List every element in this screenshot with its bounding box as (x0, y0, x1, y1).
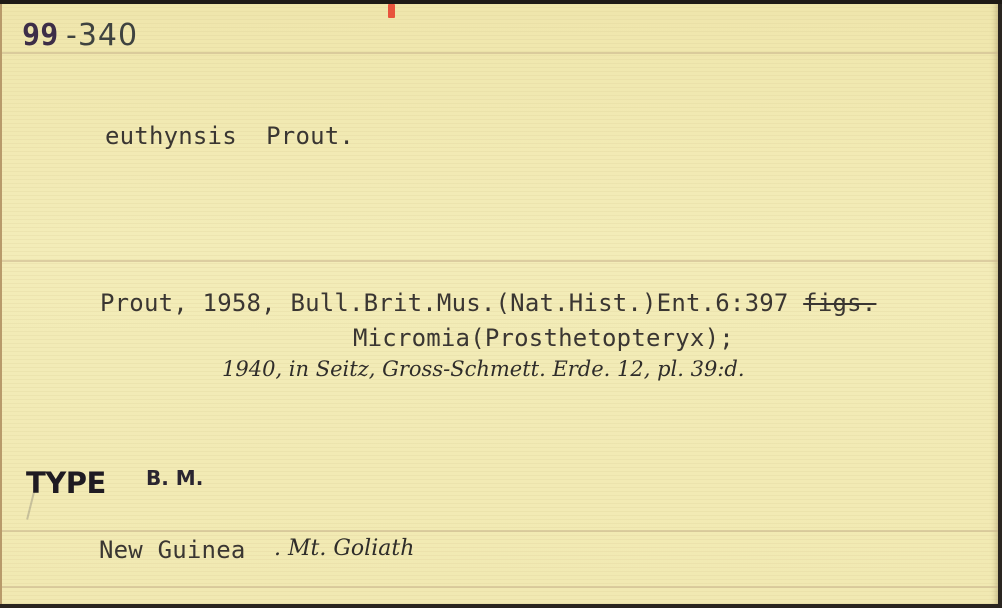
handwritten-locality-detail: . Mt. Goliath (274, 536, 414, 561)
handwritten-reference: 1940, in Seitz, Gross-Schmett. Erde. 12,… (222, 357, 745, 381)
card-rule-line (2, 52, 998, 54)
index-card: 99 -340 euthynsis Prout. Prout, 1958, Bu… (0, 4, 998, 604)
card-rule-line (2, 530, 998, 532)
species-name: euthynsis Prout. (105, 122, 354, 150)
citation-text: Prout, 1958, Bull.Brit.Mus.(Nat.Hist.)En… (100, 289, 789, 317)
citation-line: Prout, 1958, Bull.Brit.Mus.(Nat.Hist.)En… (100, 289, 876, 317)
type-depository-stamp: B. M. (146, 466, 203, 490)
catalog-number-prefix: 99 (22, 18, 59, 53)
type-stamp: TYPE (26, 466, 106, 500)
locality: New Guinea (99, 536, 246, 564)
red-tab-marker (388, 4, 395, 18)
card-rule-line (2, 586, 998, 588)
card-rule-line (2, 260, 998, 262)
catalog-number-suffix: -340 (66, 18, 138, 53)
genus-line: Micromia(Prosthetopteryx); (353, 324, 734, 352)
struck-through-word: figs. (803, 289, 876, 317)
